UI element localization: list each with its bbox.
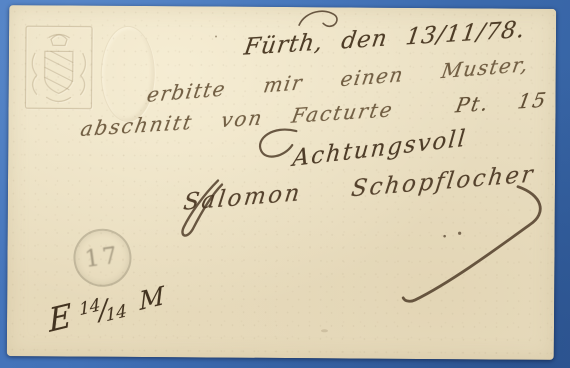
- handwritten-dateline: Fürth, den 13/11/78.: [242, 17, 527, 61]
- embossed-coat-of-arms-stamp-icon: [22, 23, 95, 112]
- ink-speck: [215, 36, 217, 38]
- notation-fraction: 14/14: [79, 290, 128, 332]
- handwritten-closing: Achtungsvoll: [292, 125, 469, 172]
- scanned-postcard-photo: Fürth, den 13/11/78. erbitte mir einen M…: [0, 0, 570, 368]
- postmark-circle: 17: [70, 225, 135, 290]
- paper-smudge: [321, 329, 328, 332]
- handwritten-signature: Salomon Schopflocher: [182, 161, 537, 216]
- postcard: Fürth, den 13/11/78. erbitte mir einen M…: [7, 5, 556, 360]
- embossed-oval-icon: [100, 26, 155, 122]
- notation-suffix: M: [138, 281, 165, 316]
- ink-speck: [455, 28, 457, 30]
- body-line-2-note: Pt. 15: [454, 87, 550, 117]
- notation-prefix: E: [48, 296, 73, 340]
- postmark-number: 17: [83, 243, 121, 273]
